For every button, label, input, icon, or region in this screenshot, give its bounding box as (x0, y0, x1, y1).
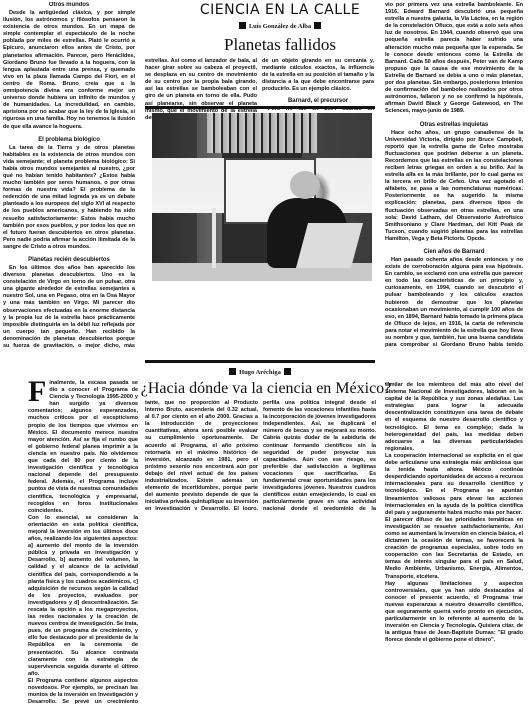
subheading: Planetas recién descubiertos (3, 257, 135, 264)
subheading: Otros mundos (3, 2, 135, 9)
article2-byline: Hugo Aréchiga (200, 368, 320, 376)
subheading: El problema biológico (3, 137, 135, 144)
paragraph: perfila una política integral desde el f… (263, 400, 376, 510)
author-name: Luis González de Alba (249, 23, 311, 30)
author-name: Hugo Aréchiga (239, 369, 281, 376)
paragraph: Han pasado ochenta años desde entonces y… (385, 257, 523, 347)
paragraph: Desde la antigüedad clásica, y por simpl… (3, 10, 135, 131)
divider (145, 106, 375, 109)
square-bullet-icon (314, 22, 321, 29)
photo-detail (212, 208, 216, 268)
article2-column-1: F inalmente, la escasa pasada se dio a c… (28, 380, 138, 705)
article-photo (152, 113, 372, 281)
article2-column-2: tante, que no proporción al Producto Int… (145, 400, 258, 510)
article1-headline: Planetas fallidos (180, 35, 380, 55)
subheading: Cien años de Barnard (385, 249, 523, 256)
paragraph: La tarea de la Tierra y de otros planeta… (3, 145, 135, 251)
square-bullet-icon (239, 22, 246, 29)
paragraph: inalmente, la escasa pasada se dio a con… (28, 380, 138, 705)
photo-detail (296, 223, 363, 268)
subheading: Barnard, el precursor (262, 98, 374, 105)
article2-column-4: similar de los miembros del más alto niv… (385, 382, 523, 644)
article2-headline: ¿Hacia dónde va la ciencia en México? (140, 380, 392, 398)
photo-detail (207, 113, 317, 153)
paragraph: tante, que no proporción al Producto Int… (145, 400, 258, 510)
square-bullet-icon (284, 368, 291, 375)
photo-detail (290, 171, 320, 199)
square-bullet-icon (229, 368, 236, 375)
article1-column-4: vio por primera vez una estrella bambole… (385, 2, 523, 347)
section-title: CIENCIA EN LA CALLE (180, 2, 380, 18)
article1-byline: Luis González de Alba (200, 22, 360, 30)
article1-column-3: de un objeto girando en su cercanía y, m… (262, 58, 374, 121)
divider (145, 360, 375, 363)
paragraph: Hace ocho años, un grupo canadiense de l… (385, 130, 523, 244)
article2-column-3: perfila una política integral desde el f… (263, 400, 376, 510)
article1-column-1: Otros mundos Desde la antigüedad clásica… (3, 2, 135, 350)
paragraph: En los últimos dos años han aparecido lo… (3, 265, 135, 350)
paragraph: similar de los miembros del más alto niv… (385, 382, 523, 644)
paragraph: de un objeto girando en su cercanía y, m… (262, 58, 374, 93)
paragraph: vio por primera vez una estrella bambole… (385, 2, 523, 116)
subheading: Otras estrellas inquietas (385, 122, 523, 129)
drop-cap: F (28, 380, 46, 404)
